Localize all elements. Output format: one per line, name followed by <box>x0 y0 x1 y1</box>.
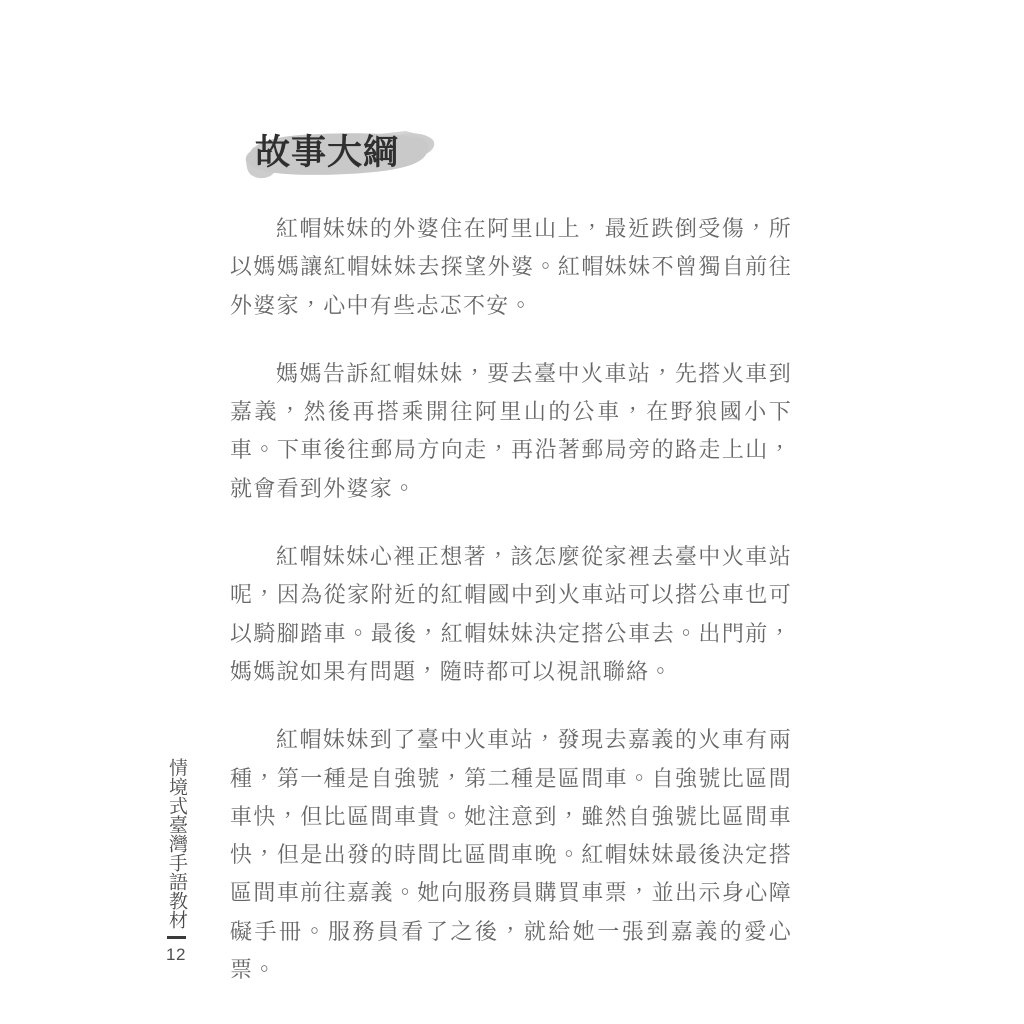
spine-divider <box>167 936 186 939</box>
page-title: 故事大綱 <box>255 134 399 172</box>
spine-series-title: 情境式臺灣手語教材 <box>162 757 190 929</box>
story-paragraph: 紅帽妹妹的外婆住在阿里山上，最近跌倒受傷，所以媽媽讓紅帽妹妹去探望外婆。紅帽妹妹… <box>230 210 792 325</box>
page-number: 12 <box>162 945 190 965</box>
story-paragraph: 紅帽妹妹到了臺中火車站，發現去嘉義的火車有兩種，第一種是自強號，第二種是區間車。… <box>230 721 792 989</box>
title-block: 故事大綱 <box>238 124 448 190</box>
book-page: 故事大綱 紅帽妹妹的外婆住在阿里山上，最近跌倒受傷，所以媽媽讓紅帽妹妹去探望外婆… <box>0 0 1024 1024</box>
spine-label: 情境式臺灣手語教材 12 <box>162 757 190 965</box>
story-paragraph: 媽媽告訴紅帽妹妹，要去臺中火車站，先搭火車到嘉義，然後再搭乘開往阿里山的公車，在… <box>230 355 792 508</box>
story-body: 紅帽妹妹的外婆住在阿里山上，最近跌倒受傷，所以媽媽讓紅帽妹妹去探望外婆。紅帽妹妹… <box>230 210 792 989</box>
story-paragraph: 紅帽妹妹心裡正想著，該怎麼從家裡去臺中火車站呢，因為從家附近的紅帽國中到火車站可… <box>230 538 792 691</box>
